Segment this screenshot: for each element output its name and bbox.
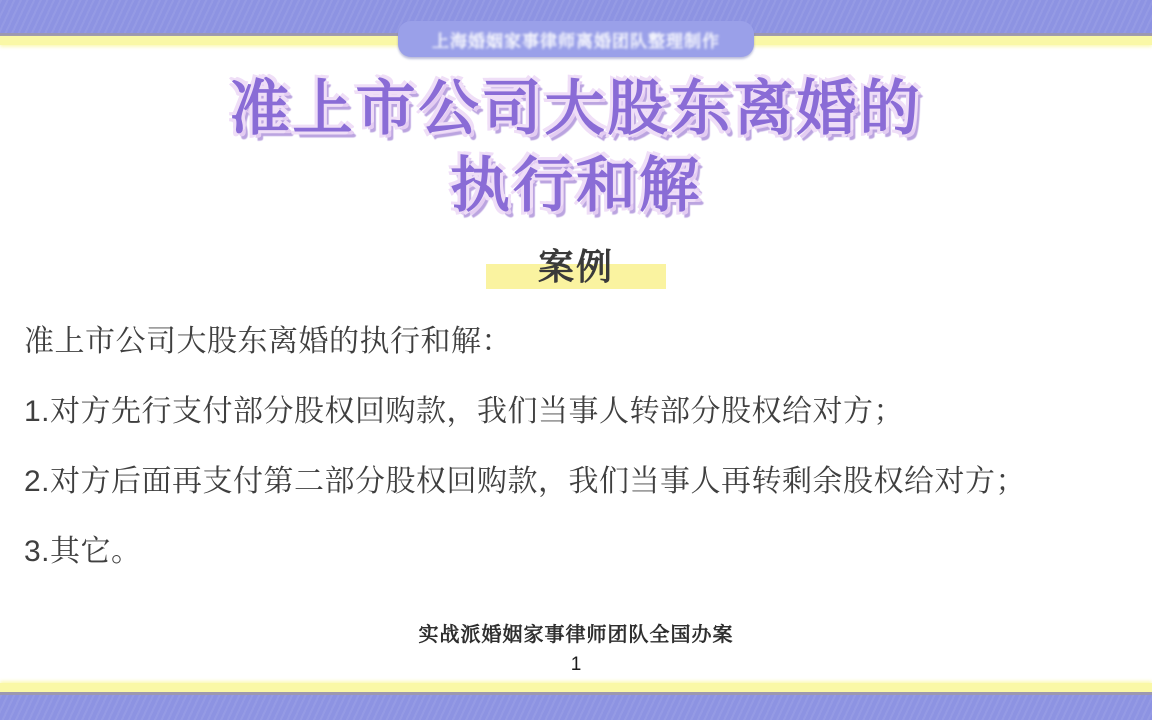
body-line: 1.对方先行支付部分股权回购款，我们当事人转部分股权给对方； (24, 386, 1132, 430)
body-line: 3.其它。 (24, 526, 1132, 570)
watermark-text: 上海婚姻家事律师离婚团队整理制作 (432, 27, 720, 52)
section-label-row: 案例 (0, 239, 1152, 290)
footer-credit: 实战派婚姻家事律师团队全国办案 (0, 618, 1152, 647)
body-line: 2.对方后面再支付第二部分股权回购款，我们当事人再转剩余股权给对方； (24, 456, 1132, 500)
slide: 上海婚姻家事律师离婚团队整理制作 准上市公司大股东离婚的 执行和解 案例 准上市… (0, 0, 1152, 720)
title-line-1: 准上市公司大股东离婚的 (0, 70, 1152, 147)
body-line: 准上市公司大股东离婚的执行和解： (24, 316, 1132, 360)
slide-title: 准上市公司大股东离婚的 执行和解 (0, 70, 1152, 224)
watermark-ribbon: 上海婚姻家事律师离婚团队整理制作 (398, 21, 754, 57)
title-line-2: 执行和解 (0, 147, 1152, 224)
section-label-text: 案例 (538, 246, 614, 287)
section-label: 案例 (486, 239, 666, 290)
bottom-yellow-stripe (0, 683, 1152, 692)
page-number: 1 (0, 654, 1152, 676)
bottom-purple-band (0, 695, 1152, 720)
